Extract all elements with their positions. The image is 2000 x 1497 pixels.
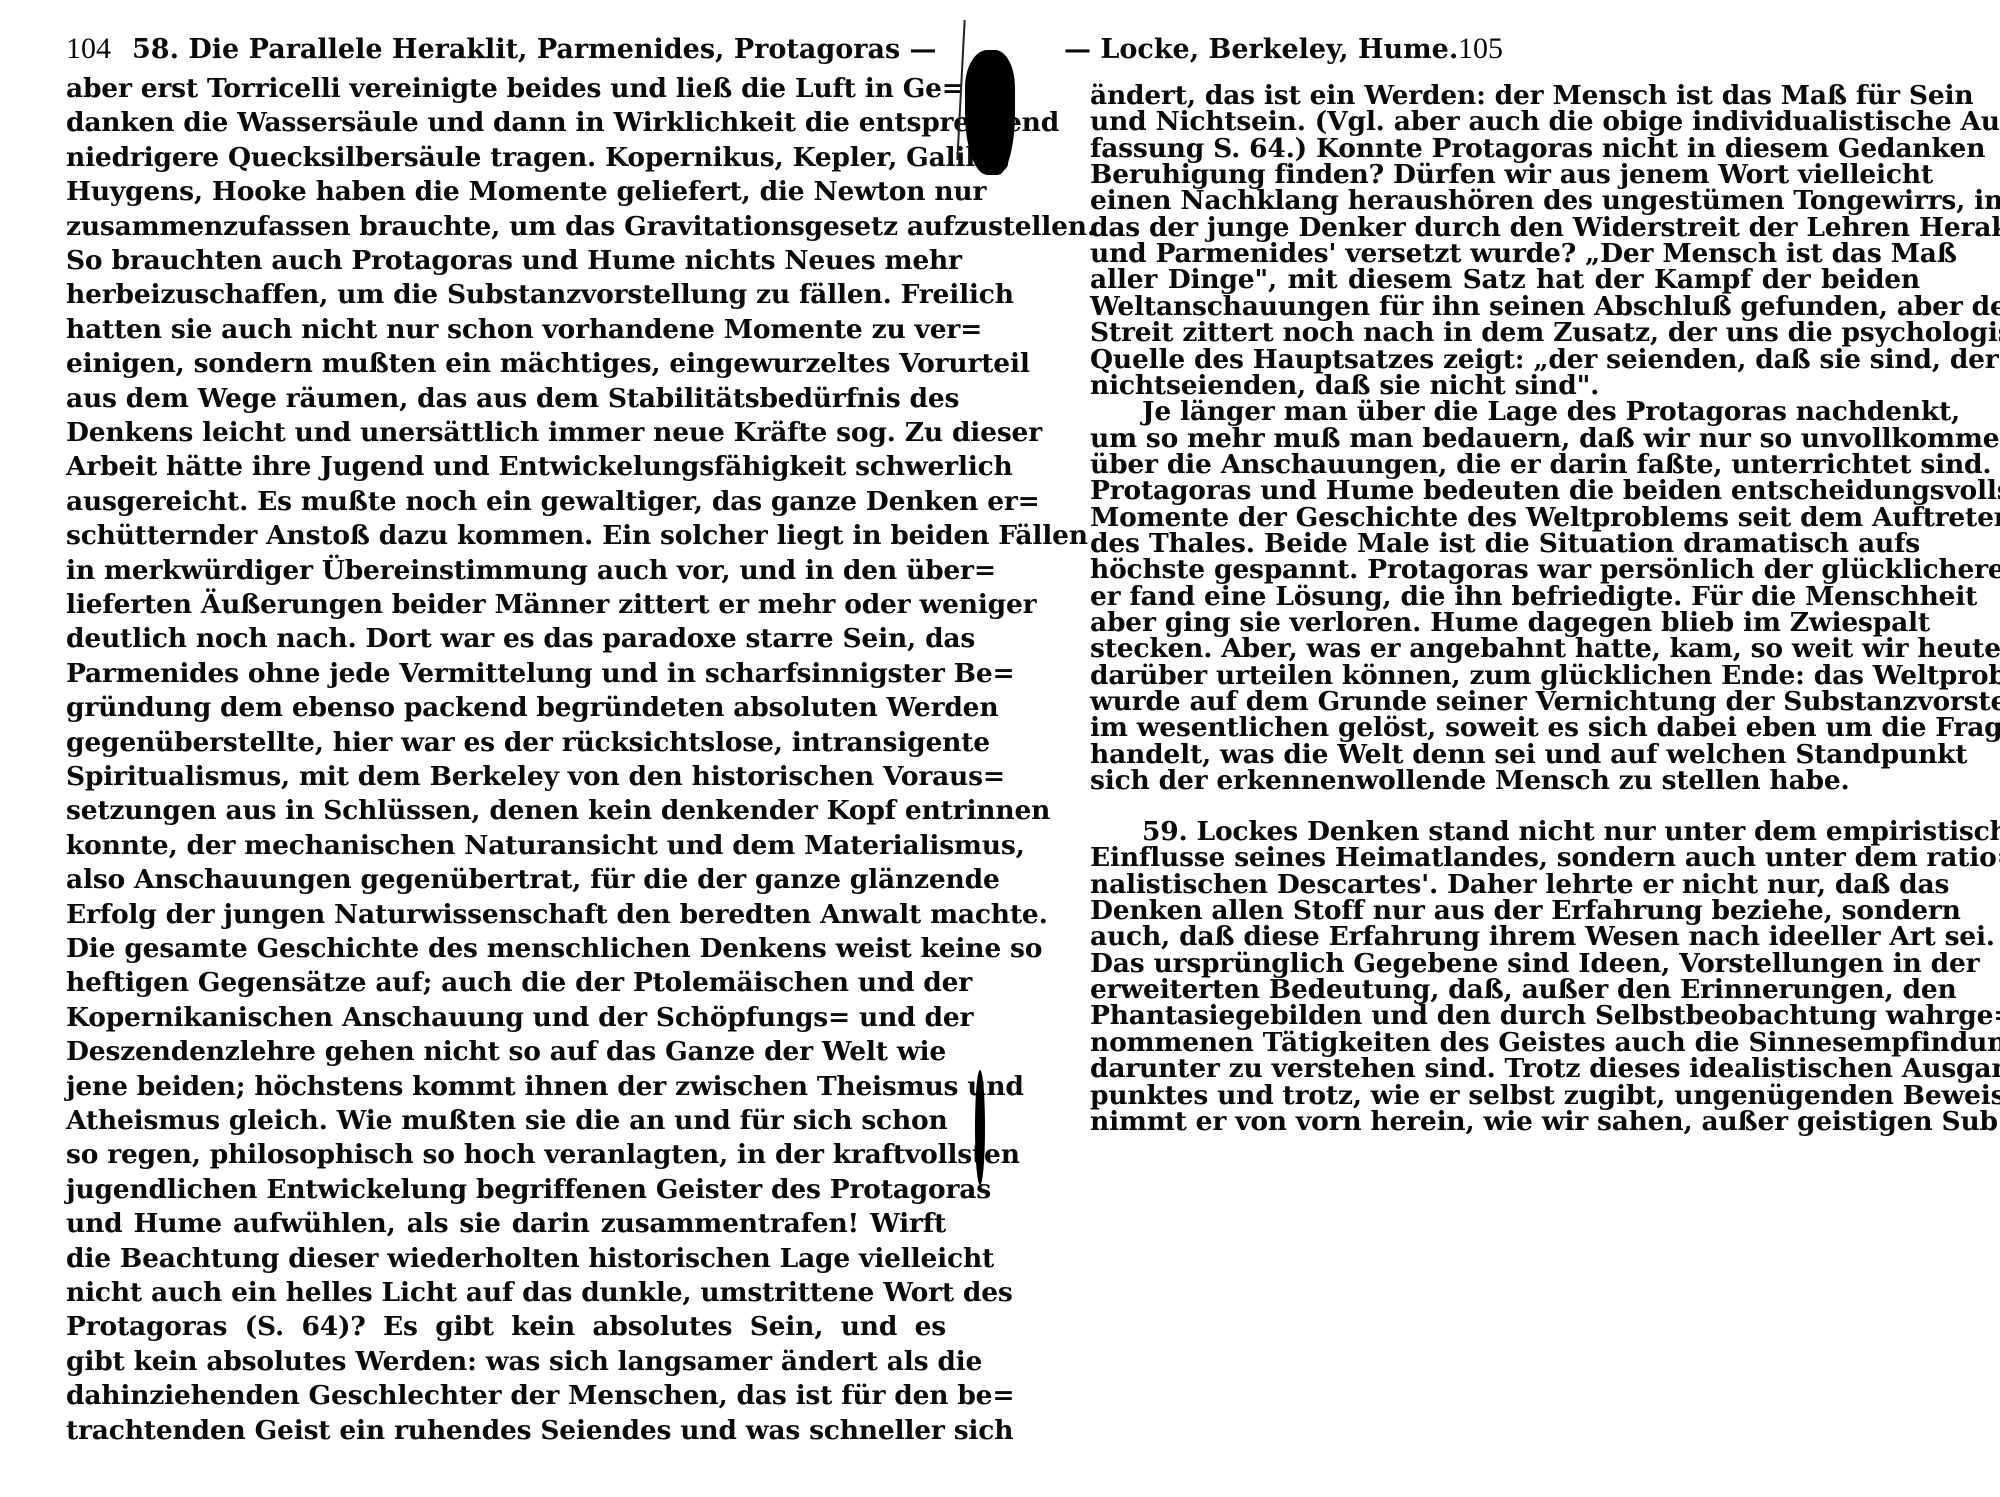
text-line: aber erst Torricelli vereinigte beides u… (66, 72, 946, 106)
text-line: niedrigere Quecksilbersäule tragen. Kope… (66, 141, 946, 175)
text-line: Kopernikanischen Anschauung und der Schö… (66, 1001, 946, 1035)
text-line: einigen, sondern mußten ein mächtiges, e… (66, 347, 946, 381)
text-line: ausgereicht. Es mußte noch ein gewaltige… (66, 485, 946, 519)
text-line: Erfolg der jungen Naturwissenschaft den … (66, 898, 946, 932)
text-line: die Beachtung dieser wiederholten histor… (66, 1242, 946, 1276)
ink-blot (965, 50, 1015, 175)
text-line: gründung dem ebenso packend begründeten … (66, 691, 946, 725)
text-line: lieferten Äußerungen beider Männer zitte… (66, 588, 946, 622)
text-line: Spiritualismus, mit dem Berkeley von den… (66, 760, 946, 794)
text-line: hatten sie auch nicht nur schon vorhande… (66, 313, 946, 347)
text-line: trachtenden Geist ein ruhendes Seiendes … (66, 1414, 946, 1448)
text-line: also Anschauungen gegenübertrat, für die… (66, 863, 946, 897)
text-line: Huygens, Hooke haben die Momente geliefe… (66, 175, 946, 209)
text-line: gibt kein absolutes Werden: was sich lan… (66, 1345, 946, 1379)
text-line: setzungen aus in Schlüssen, denen kein d… (66, 794, 946, 828)
text-line: in merkwürdiger Übereinstimmung auch vor… (66, 554, 946, 588)
text-line: gegenüberstellte, hier war es der rücksi… (66, 726, 946, 760)
text-line: danken die Wassersäule und dann in Wirkl… (66, 106, 946, 140)
text-line: heftigen Gegensätze auf; auch die der Pt… (66, 966, 946, 1000)
text-line: Atheismus gleich. Wie mußten sie die an … (66, 1104, 946, 1138)
right-page: — Locke, Berkeley, Hume. 105 ändert, das… (1040, 0, 2000, 1497)
text-line: nimmt er von vorn herein, wie wir sahen,… (1090, 1105, 1920, 1139)
running-head: 58. Die Parallele Heraklit, Parmenides, … (132, 34, 937, 65)
text-line: und Hume aufwühlen, als sie darin zusamm… (66, 1207, 946, 1241)
text-line: schütternder Anstoß dazu kommen. Ein sol… (66, 519, 946, 553)
text-line: Protagoras (S. 64)? Es gibt kein absolut… (66, 1310, 946, 1344)
page-number: 104 (66, 32, 111, 66)
ink-streak (975, 1070, 985, 1185)
page-number: 105 (1458, 32, 1503, 66)
text-line: deutlich noch nach. Dort war es das para… (66, 622, 946, 656)
text-line: sich der erkennenwollende Mensch zu stel… (1090, 764, 1920, 798)
text-line: Die gesamte Geschichte des menschlichen … (66, 932, 946, 966)
text-line: herbeizuschaffen, um die Substanzvorstel… (66, 278, 946, 312)
text-line: Arbeit hätte ihre Jugend und Entwickelun… (66, 450, 946, 484)
text-line: dahinziehenden Geschlechter der Menschen… (66, 1379, 946, 1413)
text-line: nicht auch ein helles Licht auf das dunk… (66, 1276, 946, 1310)
text-line: so regen, philosophisch so hoch veranlag… (66, 1138, 946, 1172)
text-line: aus dem Wege räumen, das aus dem Stabili… (66, 382, 946, 416)
running-head: — Locke, Berkeley, Hume. (1064, 34, 1458, 65)
text-line: jugendlichen Entwickelung begriffenen Ge… (66, 1173, 946, 1207)
text-line: Deszendenzlehre gehen nicht so auf das G… (66, 1035, 946, 1069)
left-page: 104 58. Die Parallele Heraklit, Parmenid… (0, 0, 960, 1497)
text-line: Denkens leicht und unersättlich immer ne… (66, 416, 946, 450)
text-line: zusammenzufassen brauchte, um das Gravit… (66, 210, 946, 244)
text-line: Parmenides ohne jede Vermittelung und in… (66, 657, 946, 691)
text-line: jene beiden; höchstens kommt ihnen der z… (66, 1070, 946, 1104)
text-line: So brauchten auch Protagoras und Hume ni… (66, 244, 946, 278)
text-line: konnte, der mechanischen Naturansicht un… (66, 829, 946, 863)
